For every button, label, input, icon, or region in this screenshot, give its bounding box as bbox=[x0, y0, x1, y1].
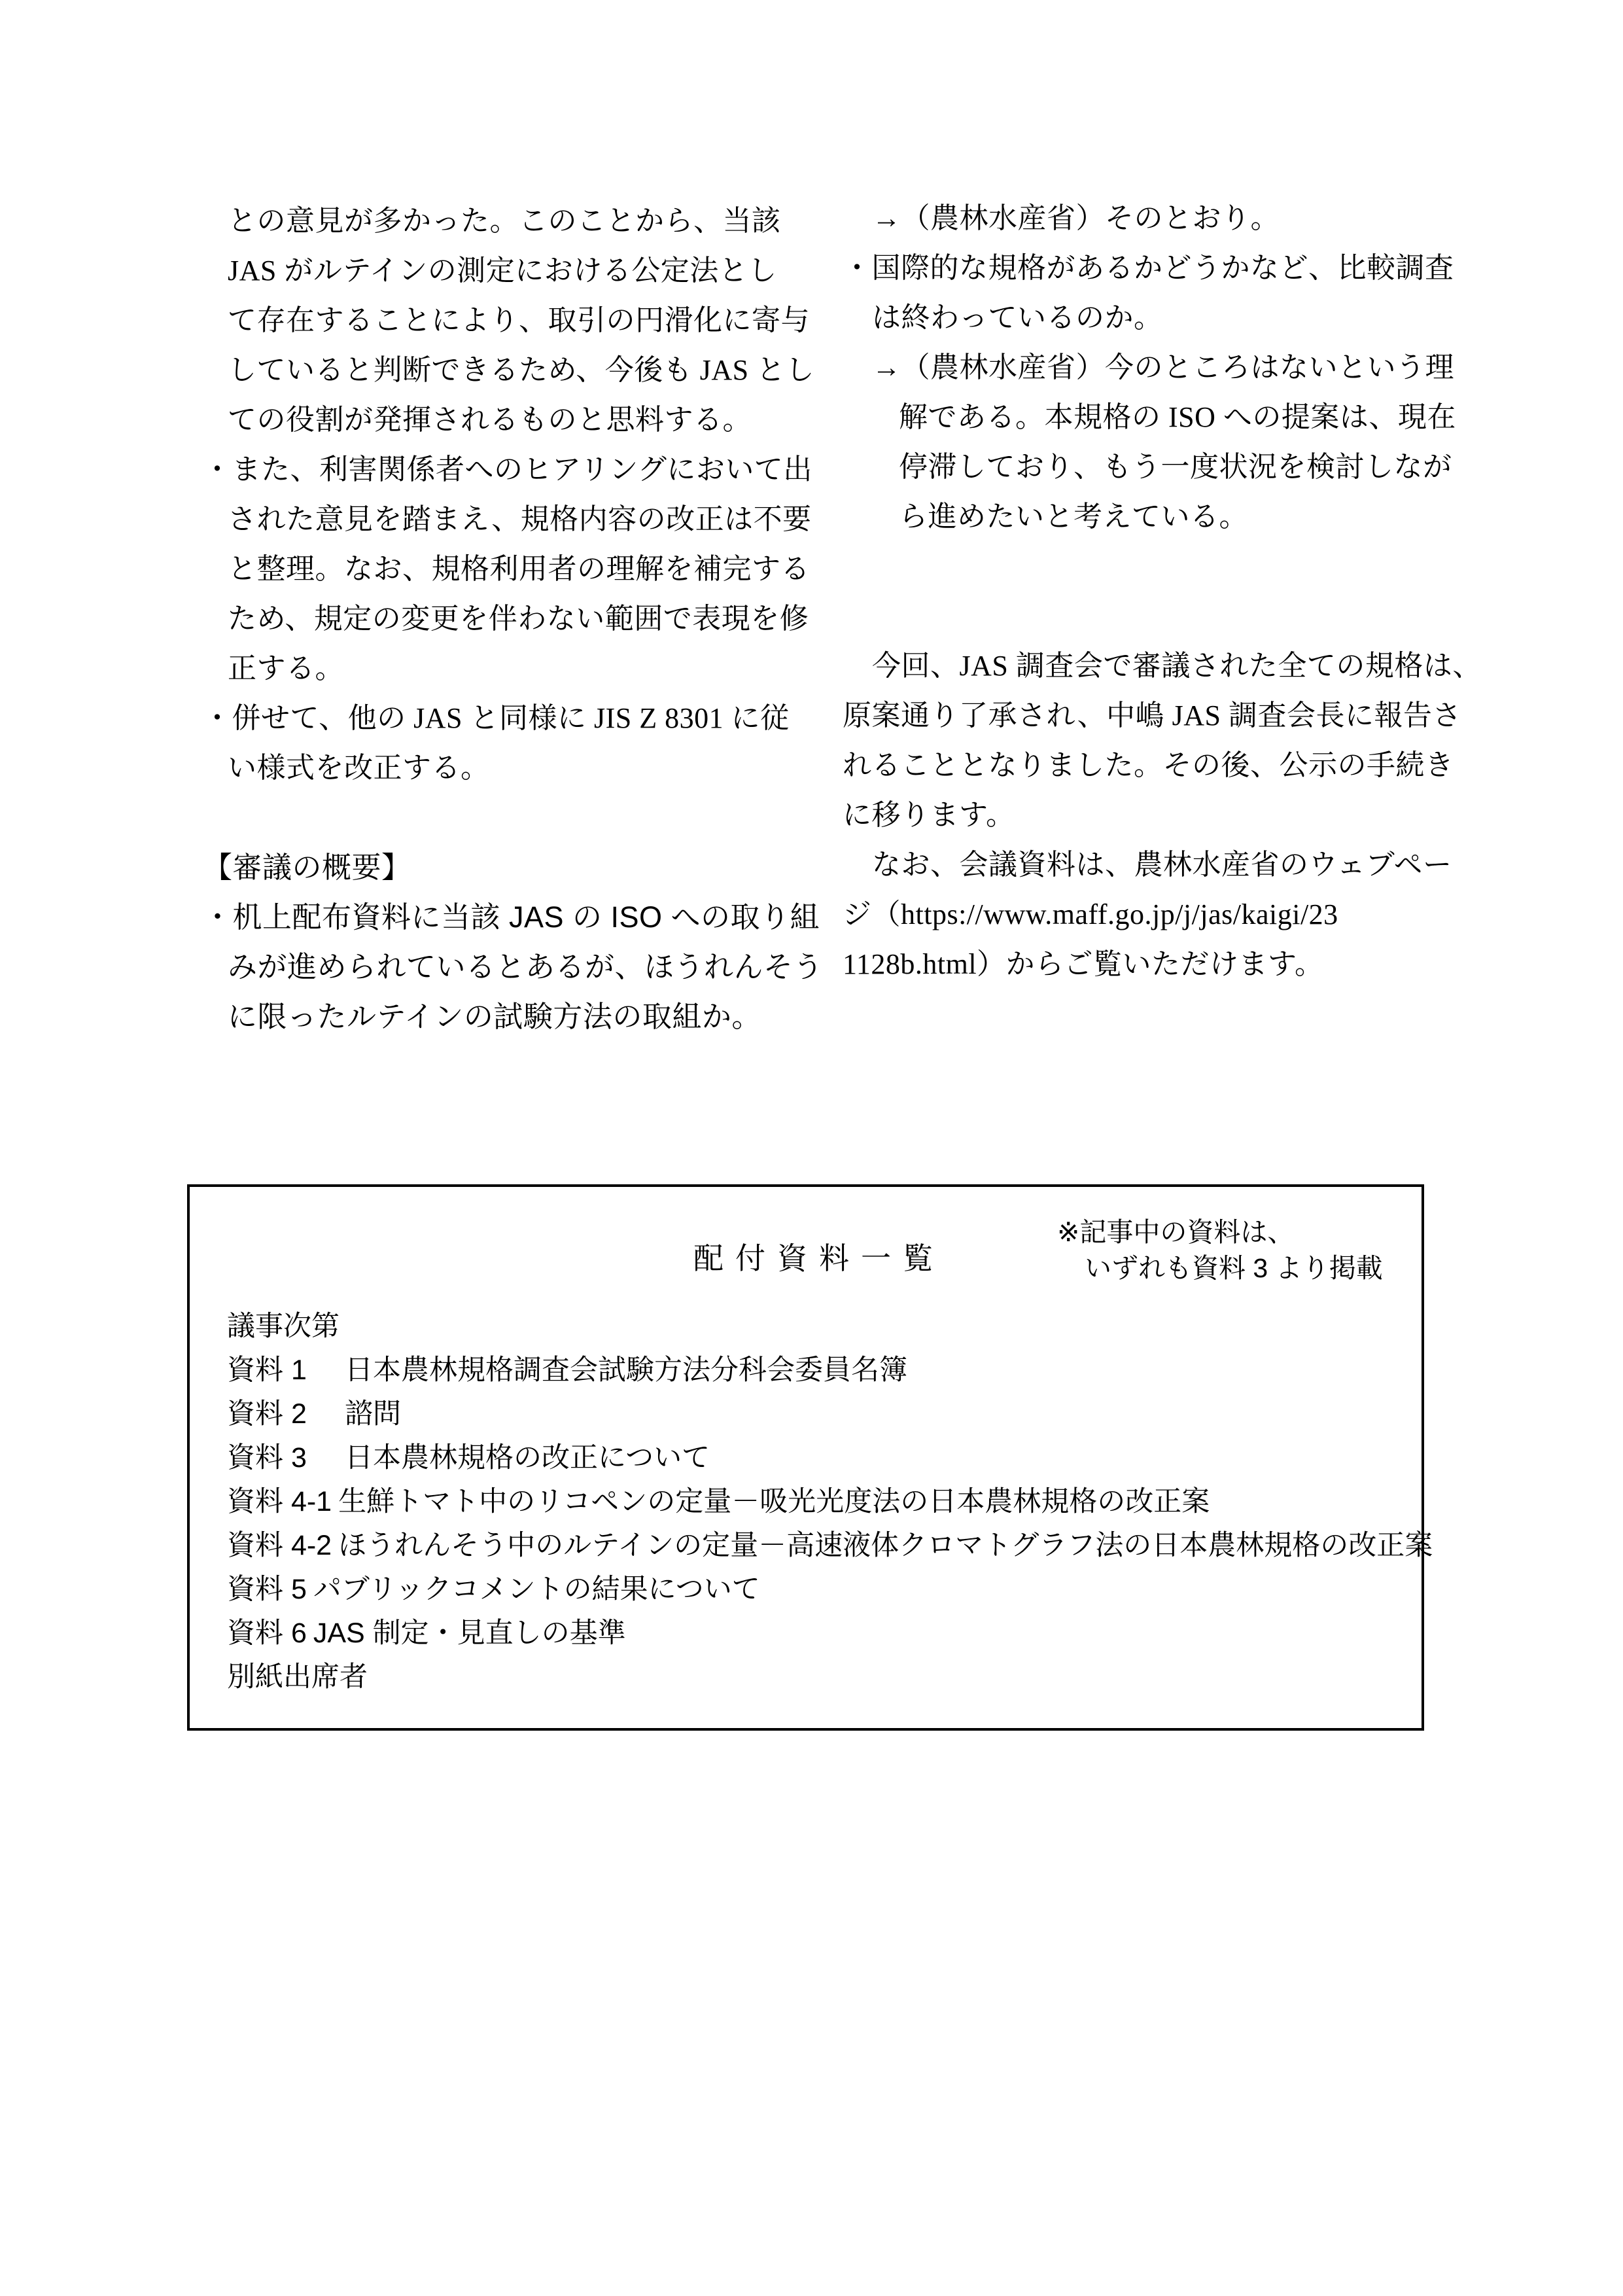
left-column: との意見が多かった。このことから、当該 JAS がルテインの測定における公定法と… bbox=[203, 196, 814, 1042]
note-line: ※記事中の資料は、 bbox=[1057, 1214, 1383, 1250]
text-line: い様式を改正する。 bbox=[203, 743, 814, 793]
list-item: 資料 3日本農林規格の改正について bbox=[227, 1436, 1433, 1480]
list-item: 別紙出席者 bbox=[227, 1655, 1433, 1699]
text-line: みが進められているとあるが、ほうれんそう bbox=[203, 942, 814, 992]
text-line: て存在することにより、取引の円滑化に寄与 bbox=[203, 296, 814, 345]
text-line: 停滞しており、もう一度状況を検討しなが bbox=[843, 442, 1454, 492]
text-line: ら進めたいと考えている。 bbox=[843, 492, 1454, 542]
text-line: は終わっているのか。 bbox=[843, 293, 1454, 343]
bullet-line: ・また、利害関係者へのヒアリングにおいて出 bbox=[203, 445, 814, 495]
section-heading: 【審議の概要】 bbox=[203, 843, 814, 892]
blank-line bbox=[843, 592, 1454, 641]
list-item: 資料 5パブリックコメントの結果について bbox=[227, 1568, 1433, 1612]
bullet-line: ・机上配布資料に当該 JAS の ISO への取り組 bbox=[203, 892, 814, 942]
doc-label: 資料 3 bbox=[227, 1436, 345, 1480]
text-line: れることとなりました。その後、公示の手続き bbox=[843, 741, 1454, 790]
doc-label: 資料 2 bbox=[227, 1392, 345, 1436]
blank-line bbox=[843, 542, 1454, 592]
doc-label: 資料 4-2 bbox=[227, 1524, 332, 1568]
document-page: との意見が多かった。このことから、当該 JAS がルテインの測定における公定法と… bbox=[0, 0, 1623, 2296]
text-line: 解である。本規格の ISO への提案は、現在 bbox=[843, 393, 1454, 442]
text-line: ての役割が発揮されるものと思料する。 bbox=[203, 395, 814, 445]
url-text-line: ジ（https://www.maff.go.jp/j/jas/kaigi/23 bbox=[843, 890, 1454, 940]
list-item: 資料 4-1生鮮トマト中のリコペンの定量－吸光光度法の日本農林規格の改正案 bbox=[227, 1480, 1433, 1524]
list-item: 議事次第 bbox=[227, 1305, 1433, 1349]
list-item: 資料 6JAS 制定・見直しの基準 bbox=[227, 1612, 1433, 1655]
doc-label: 別紙出席者 bbox=[227, 1655, 368, 1699]
doc-label: 資料 6 bbox=[227, 1612, 307, 1655]
list-item: 資料 1日本農林規格調査会試験方法分科会委員名簿 bbox=[227, 1349, 1433, 1392]
handout-list: 議事次第 資料 1日本農林規格調査会試験方法分科会委員名簿 資料 2諮問 資料 … bbox=[227, 1305, 1433, 1699]
handout-box: 配付資料一覧 ※記事中の資料は、 いずれも資料 3 より掲載 議事次第 資料 1… bbox=[187, 1184, 1424, 1731]
url-text-line: 1128b.html）からご覧いただけます。 bbox=[843, 940, 1454, 989]
text-line: との意見が多かった。このことから、当該 bbox=[203, 196, 814, 246]
text-line: 今回、JAS 調査会で審議された全ての規格は、 bbox=[843, 641, 1454, 691]
right-column: →（農林水産省）そのとおり。 ・国際的な規格があるかどうかなど、比較調査 は終わ… bbox=[843, 194, 1454, 989]
doc-label: 資料 1 bbox=[227, 1349, 345, 1392]
doc-title: パブリックコメントの結果について bbox=[313, 1568, 760, 1612]
text-line: していると判断できるため、今後も JAS とし bbox=[203, 345, 814, 395]
doc-label: 資料 5 bbox=[227, 1568, 307, 1612]
doc-title: 諮問 bbox=[345, 1392, 401, 1436]
text-line: なお、会議資料は、農林水産省のウェブペー bbox=[843, 840, 1454, 890]
text-line: と整理。なお、規格利用者の理解を補完する bbox=[203, 544, 814, 594]
list-item: 資料 2諮問 bbox=[227, 1392, 1433, 1436]
handout-box-note: ※記事中の資料は、 いずれも資料 3 より掲載 bbox=[1057, 1214, 1383, 1286]
handout-box-title: 配付資料一覧 bbox=[693, 1241, 945, 1277]
text-line: に限ったルテインの試験方法の取組か。 bbox=[203, 992, 814, 1042]
blank-line bbox=[203, 793, 814, 843]
doc-title: 日本農林規格調査会試験方法分科会委員名簿 bbox=[345, 1349, 907, 1392]
list-item: 資料 4-2ほうれんそう中のルテインの定量－高速液体クロマトグラフ法の日本農林規… bbox=[227, 1524, 1433, 1568]
arrow-reply-line: →（農林水産省）そのとおり。 bbox=[843, 194, 1454, 243]
text-line: ため、規定の変更を伴わない範囲で表現を修 bbox=[203, 594, 814, 644]
doc-title: 日本農林規格の改正について bbox=[345, 1436, 710, 1480]
doc-title: ほうれんそう中のルテインの定量－高速液体クロマトグラフ法の日本農林規格の改正案 bbox=[338, 1524, 1433, 1568]
note-line: いずれも資料 3 より掲載 bbox=[1057, 1250, 1383, 1286]
text-line: 原案通り了承され、中嶋 JAS 調査会長に報告さ bbox=[843, 691, 1454, 741]
text-line: された意見を踏まえ、規格内容の改正は不要 bbox=[203, 495, 814, 544]
text-line: JAS がルテインの測定における公定法とし bbox=[203, 246, 814, 296]
bullet-line: ・併せて、他の JAS と同様に JIS Z 8301 に従 bbox=[203, 694, 814, 743]
doc-title: JAS 制定・見直しの基準 bbox=[313, 1612, 626, 1655]
doc-title: 生鮮トマト中のリコペンの定量－吸光光度法の日本農林規格の改正案 bbox=[338, 1480, 1210, 1524]
text-line: 正する。 bbox=[203, 644, 814, 694]
bullet-line: ・国際的な規格があるかどうかなど、比較調査 bbox=[843, 243, 1454, 293]
doc-label: 議事次第 bbox=[227, 1305, 340, 1349]
text-line: に移ります。 bbox=[843, 790, 1454, 840]
arrow-reply-line: →（農林水産省）今のところはないという理 bbox=[843, 343, 1454, 393]
doc-label: 資料 4-1 bbox=[227, 1480, 332, 1524]
